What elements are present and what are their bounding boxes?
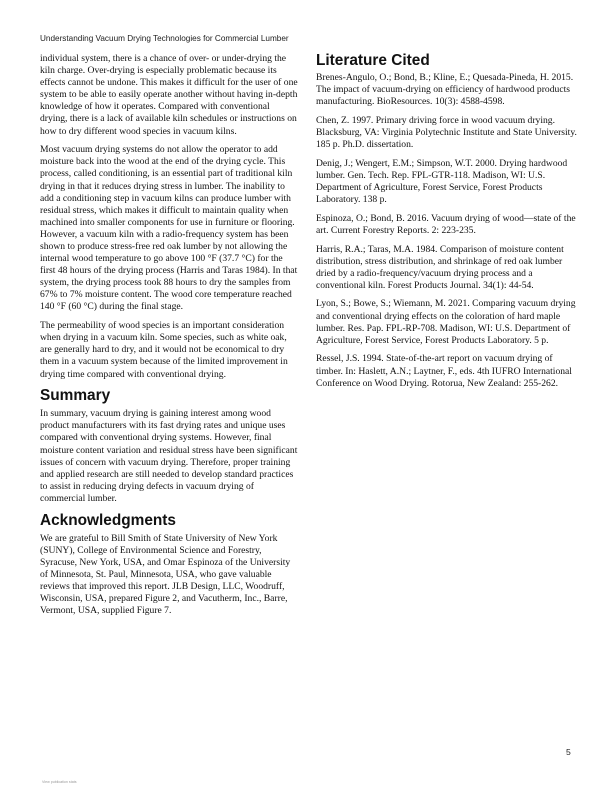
reference-item: Denig, J.; Wengert, E.M.; Simpson, W.T. …: [316, 158, 578, 206]
reference-item: Chen, Z. 1997. Primary driving force in …: [316, 115, 578, 151]
running-header-title: Understanding Vacuum Drying Technologies…: [40, 34, 289, 43]
summary-paragraph: In summary, vacuum drying is gaining int…: [40, 408, 298, 505]
body-paragraph: The permeability of wood species is an i…: [40, 320, 298, 380]
summary-heading: Summary: [40, 387, 298, 405]
reference-item: Espinoza, O.; Bond, B. 2016. Vacuum dryi…: [316, 213, 578, 237]
right-column: Literature Cited Brenes-Angulo, O.; Bond…: [316, 53, 578, 396]
page-number: 5: [566, 747, 571, 757]
view-publication-stats-link[interactable]: View publication stats: [42, 780, 77, 784]
body-paragraph: Most vacuum drying systems do not allow …: [40, 144, 298, 313]
left-column: individual system, there is a chance of …: [40, 53, 298, 624]
acknowledgments-paragraph: We are grateful to Bill Smith of State U…: [40, 533, 298, 618]
reference-item: Brenes-Angulo, O.; Bond, B.; Kline, E.; …: [316, 72, 578, 108]
reference-item: Ressel, J.S. 1994. State-of-the-art repo…: [316, 353, 578, 389]
literature-cited-heading: Literature Cited: [316, 52, 578, 70]
acknowledgments-heading: Acknowledgments: [40, 512, 298, 530]
reference-item: Harris, R.A.; Taras, M.A. 1984. Comparis…: [316, 244, 578, 292]
reference-item: Lyon, S.; Bowe, S.; Wiemann, M. 2021. Co…: [316, 298, 578, 346]
body-paragraph: individual system, there is a chance of …: [40, 53, 298, 138]
